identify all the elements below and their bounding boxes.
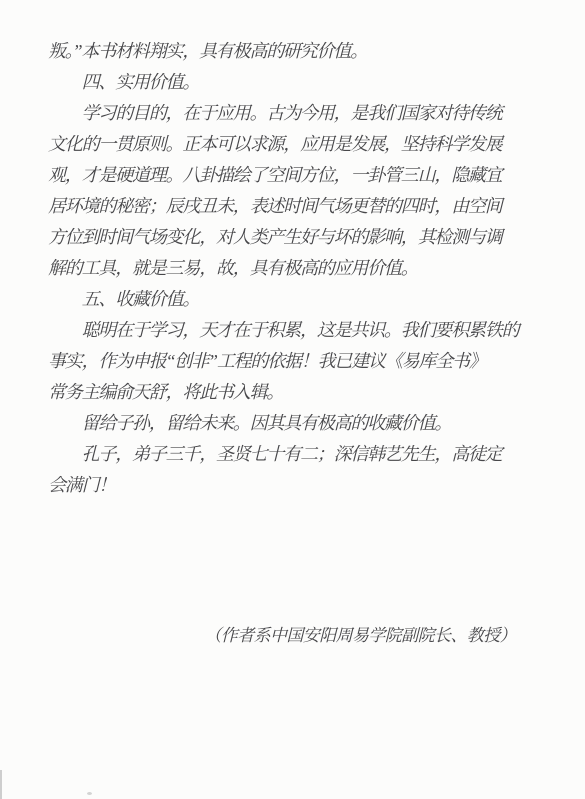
text-line: 叛。”本书材料翔实，具有极高的研究价值。 xyxy=(48,36,518,67)
text-line: 留给子孙，留给未来。因其具有极高的收藏价值。 xyxy=(48,408,518,439)
text-line: 四、实用价值。 xyxy=(48,67,518,98)
text-line: 观，才是硬道理。八卦描绘了空间方位，一卦管三山，隐藏宜 xyxy=(48,160,518,191)
scan-edge-artifact xyxy=(0,770,2,799)
scanned-page: 叛。”本书材料翔实，具有极高的研究价值。 四、实用价值。 学习的目的，在于应用。… xyxy=(0,0,585,799)
text-line: 解的工具，就是三易，故，具有极高的应用价值。 xyxy=(48,253,518,284)
text-line: 方位到时间气场变化，对人类产生好与坏的影响，其检测与调 xyxy=(48,222,518,253)
text-line: 文化的一贯原则。正本可以求源，应用是发展，坚持科学发展 xyxy=(48,129,518,160)
text-line: 事实，作为申报“创非”工程的依据！我已建议《易库全书》 xyxy=(48,346,518,377)
text-line: 五、收藏价值。 xyxy=(48,284,518,315)
text-line: 居环境的秘密；辰戌丑未，表述时间气场更替的四时，由空间 xyxy=(48,191,518,222)
text-line: 学习的目的，在于应用。古为今用，是我们国家对待传统 xyxy=(48,98,518,129)
text-line: 会满门！ xyxy=(48,470,518,501)
text-line: 常务主编俞天舒，将此书入辑。 xyxy=(48,377,518,408)
text-line: 孔子，弟子三千，圣贤七十有二；深信韩艺先生，高徒定 xyxy=(48,439,518,470)
text-line: 聪明在于学习，天才在于积累，这是共识。我们要积累铁的 xyxy=(48,315,518,346)
scan-speck-artifact xyxy=(87,792,92,795)
author-attribution: （作者系中国安阳周易学院副院长、教授） xyxy=(48,621,516,651)
document-body: 叛。”本书材料翔实，具有极高的研究价值。 四、实用价值。 学习的目的，在于应用。… xyxy=(48,36,518,501)
